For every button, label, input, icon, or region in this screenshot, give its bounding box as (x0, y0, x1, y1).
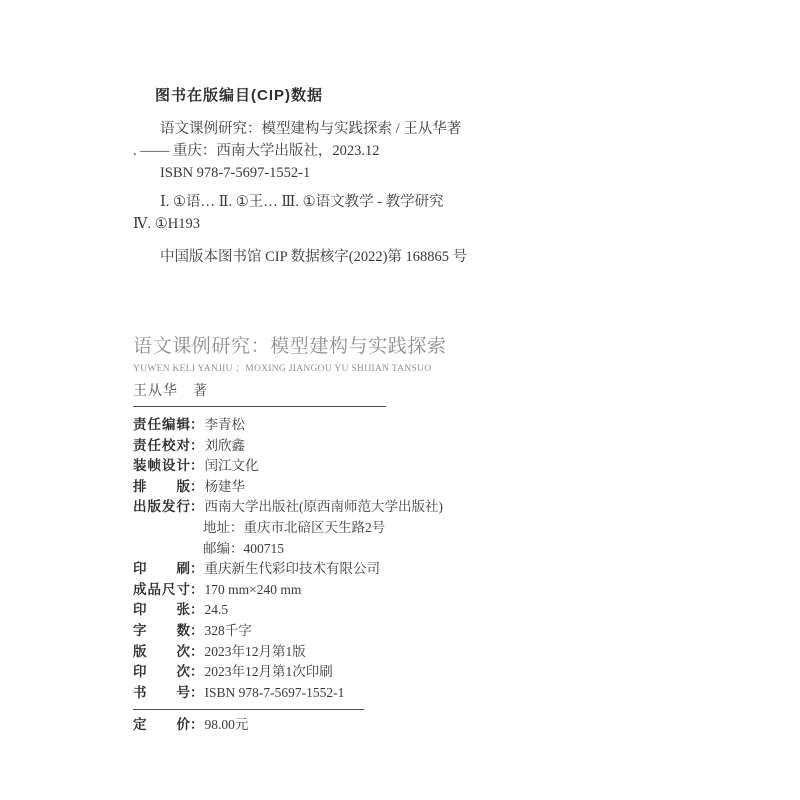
colophon-row-price: 定价：98.00元 (133, 715, 693, 736)
colon: ： (190, 582, 204, 597)
colophon-label: 字数 (133, 621, 190, 642)
colophon-label: 出版发行 (133, 497, 190, 518)
book-title: 语文课例研究：模型建构与实践探索 (133, 331, 693, 358)
cip-isbn-line: ISBN 978-7-5697-1552-1 (133, 162, 693, 184)
colophon-label: 书号 (133, 683, 190, 704)
colon: ： (190, 664, 204, 679)
colophon-value: 闰江文化 (205, 458, 259, 473)
book-copyright-page: 图书在版编目(CIP)数据 语文课例研究：模型建构与实践探索 / 王从华著 . … (0, 0, 800, 800)
colon: ： (190, 479, 204, 494)
cip-record: 语文课例研究：模型建构与实践探索 / 王从华著 . —— 重庆：西南大学出版社，… (133, 118, 693, 184)
colophon-row-printer: 印刷：重庆新生代彩印技术有限公司 (133, 559, 693, 580)
colophon-value: 328千字 (205, 623, 252, 638)
colophon-value: 李青松 (205, 417, 246, 432)
cip-core-number: 中国版本图书馆 CIP 数据核字(2022)第 168865 号 (133, 246, 693, 268)
colophon-row-postcode: 邮编：400715 (133, 539, 693, 560)
book-author: 王从华 著 (133, 380, 693, 400)
colon: ： (190, 644, 204, 659)
colophon-value: 2023年12月第1次印刷 (205, 664, 333, 679)
colophon-label: 责任编辑 (133, 415, 190, 436)
colophon-row-impression: 印次：2023年12月第1次印刷 (133, 662, 693, 683)
colophon-row-address: 地址：重庆市北碚区天生路2号 (133, 518, 693, 539)
cip-classification-line-1: Ⅰ. ①语… Ⅱ. ①王… Ⅲ. ①语文教学 - 教学研究 (133, 192, 693, 214)
colophon-row-designer: 装帧设计：闰江文化 (133, 456, 693, 477)
colophon-label: 责任校对 (133, 436, 190, 457)
colophon-label: 印刷 (133, 559, 190, 580)
book-title-pinyin: YUWEN KELI YANJIU ；MOXING JIANGOU YU SHI… (133, 360, 693, 374)
colon: ： (190, 499, 204, 514)
colophon-row-proofreader: 责任校对：刘欣鑫 (133, 436, 693, 457)
colophon-row-isbn: 书号：ISBN 978-7-5697-1552-1 (133, 683, 693, 704)
colophon-label: 排版 (133, 477, 190, 498)
colophon-value: 刘欣鑫 (205, 438, 246, 453)
colon: ： (190, 438, 204, 453)
colophon-label: 印张 (133, 600, 190, 621)
colon: ： (190, 458, 204, 473)
page-content: 图书在版编目(CIP)数据 语文课例研究：模型建构与实践探索 / 王从华著 . … (133, 0, 693, 736)
colophon-row-editor: 责任编辑：李青松 (133, 415, 693, 436)
colophon-value: 98.00元 (205, 717, 249, 732)
colophon-value: ISBN 978-7-5697-1552-1 (205, 685, 345, 700)
colophon-label: 印次 (133, 662, 190, 683)
divider-top (133, 406, 386, 407)
colophon-value: 地址：重庆市北碚区天生路2号 (203, 520, 385, 535)
colon: ： (190, 685, 204, 700)
colophon-value: 邮编：400715 (203, 541, 284, 556)
colophon-label: 成品尺寸 (133, 580, 190, 601)
colophon-row-typesetter: 排版：杨建华 (133, 477, 693, 498)
colophon-value: 170 mm×240 mm (205, 582, 302, 597)
colophon-label: 版次 (133, 642, 190, 663)
divider-bottom (133, 709, 364, 710)
colon: ： (190, 623, 204, 638)
colophon-row-size: 成品尺寸：170 mm×240 mm (133, 580, 693, 601)
colophon-label: 装帧设计 (133, 456, 190, 477)
colophon-value: 重庆新生代彩印技术有限公司 (205, 561, 381, 576)
cip-classification: Ⅰ. ①语… Ⅱ. ①王… Ⅲ. ①语文教学 - 教学研究 Ⅳ. ①H193 (133, 192, 693, 235)
cip-classification-line-2: Ⅳ. ①H193 (133, 214, 693, 236)
cip-record-line-2: . —— 重庆：西南大学出版社，2023.12 (133, 140, 693, 162)
cip-record-line-1: 语文课例研究：模型建构与实践探索 / 王从华著 (133, 118, 693, 140)
colon: ： (190, 561, 204, 576)
cip-heading: 图书在版编目(CIP)数据 (155, 84, 693, 105)
colon: ： (190, 602, 204, 617)
colophon-row-sheets: 印张：24.5 (133, 600, 693, 621)
colophon: 责任编辑：李青松 责任校对：刘欣鑫 装帧设计：闰江文化 排版：杨建华 出版发行：… (133, 415, 693, 736)
colophon-value: 2023年12月第1版 (205, 644, 306, 659)
colophon-row-wordcount: 字数：328千字 (133, 621, 693, 642)
colophon-value: 杨建华 (205, 479, 246, 494)
colon: ： (190, 417, 204, 432)
colon: ： (190, 717, 204, 732)
colophon-row-publisher: 出版发行：西南大学出版社(原西南师范大学出版社) (133, 497, 693, 518)
colophon-value: 24.5 (205, 602, 229, 617)
colophon-value: 西南大学出版社(原西南师范大学出版社) (205, 499, 444, 514)
colophon-label: 定价 (133, 715, 190, 736)
colophon-row-edition: 版次：2023年12月第1版 (133, 642, 693, 663)
